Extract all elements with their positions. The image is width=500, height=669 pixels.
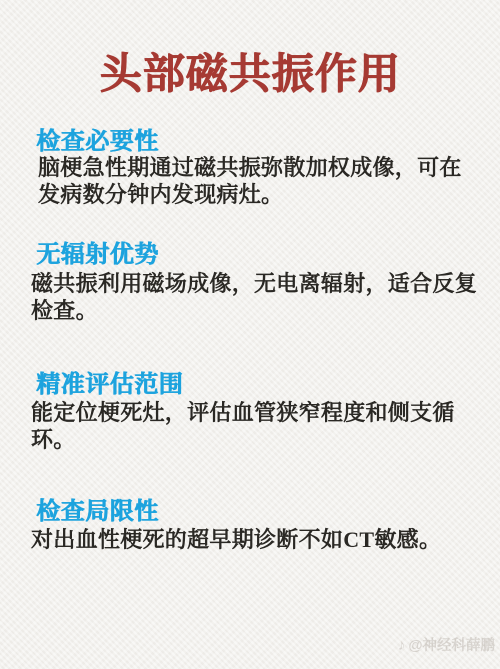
section-heading-necessity: 检查必要性 [36,129,159,155]
watermark: ♪ @神经科薛鹏 [398,638,495,655]
section-body-necessity: 脑梗急性期通过磁共振弥散加权成像，可在 发病数分钟内发现病灶。 [38,155,481,208]
section-heading-no-radiation: 无辐射优势 [36,242,159,268]
section-body-limitations: 对出血性梗死的超早期诊断不如CT敏感。 [31,527,481,554]
section-body-precise-assessment: 能定位梗死灶，评估血管狭窄程度和侧支循环。 [31,400,481,453]
section-body-no-radiation: 磁共振利用磁场成像，无电离辐射，适合反复 检查。 [31,271,481,324]
watermark-handle: @神经科薛鹏 [408,638,495,655]
page-title: 头部磁共振作用 [0,50,500,98]
section-heading-limitations: 检查局限性 [36,499,159,525]
douyin-note-icon: ♪ [398,638,406,653]
section-heading-precise-assessment: 精准评估范围 [36,372,183,398]
infographic-card: 头部磁共振作用 检查必要性 脑梗急性期通过磁共振弥散加权成像，可在 发病数分钟内… [0,0,500,669]
